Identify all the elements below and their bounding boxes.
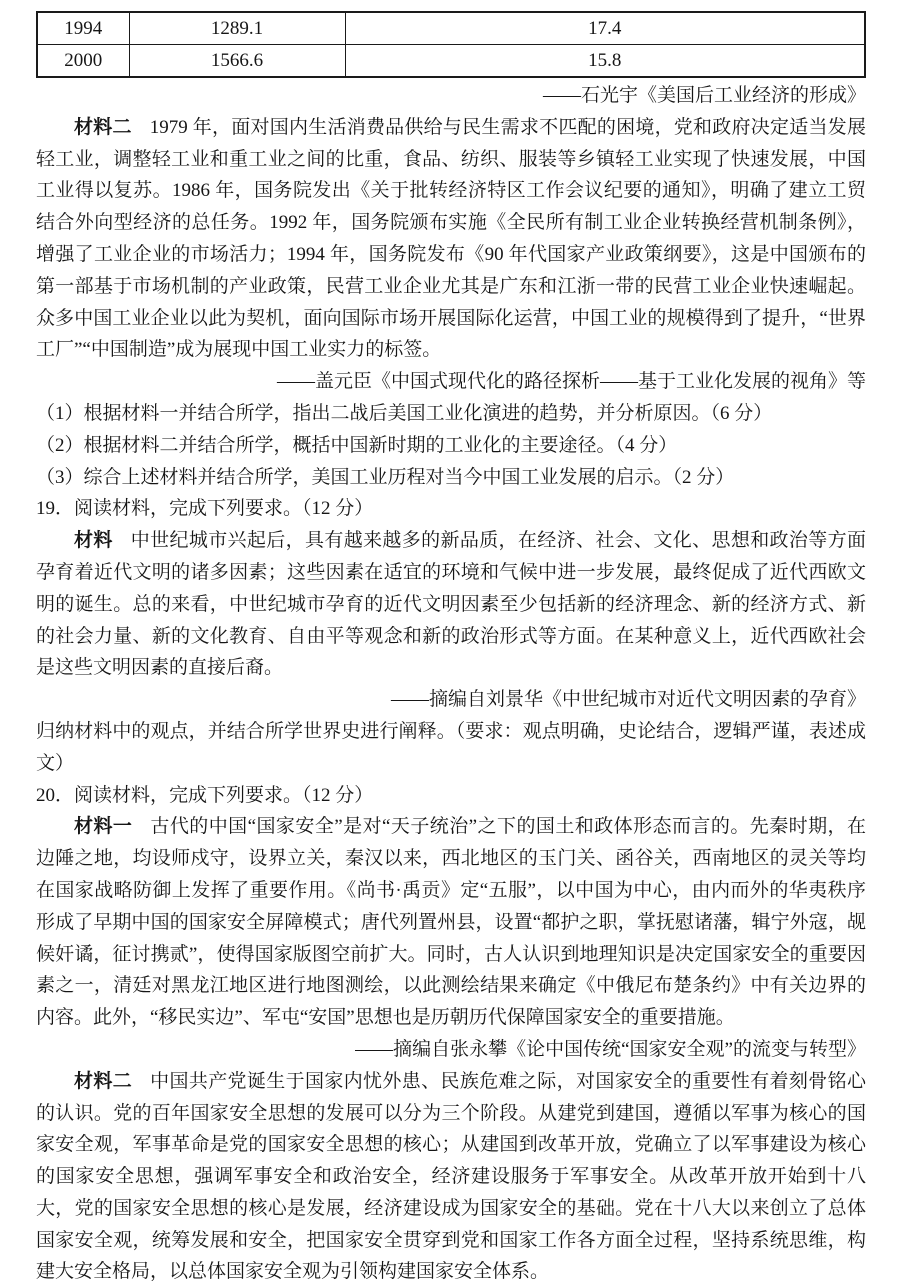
year-cell: 1994 bbox=[37, 12, 129, 45]
q18-subquestion-1: （1）根据材料一并结合所学，指出二战后美国工业化演进的趋势，并分析原因。（6 分… bbox=[36, 398, 866, 430]
question-20-header: 20．阅读材料，完成下列要求。（12 分） bbox=[36, 780, 866, 812]
q20-material2-paragraph: 材料二中国共产党诞生于国家内忧外患、民族危难之际，对国家安全的重要性有着刻骨铭心… bbox=[36, 1066, 866, 1281]
material-text: 古代的中国“国家安全”是对“天子统治”之下的国土和政体形态而言的。先秦时期，在边… bbox=[36, 816, 866, 1028]
q20-material1-source: ——摘编自张永攀《论中国传统“国家安全观”的流变与转型》 bbox=[36, 1034, 866, 1066]
percent-cell: 17.4 bbox=[345, 12, 865, 45]
q18-subquestion-3: （3）综合上述材料并结合所学，美国工业历程对当今中国工业发展的启示。（2 分） bbox=[36, 462, 866, 494]
table-row: 2000 1566.6 15.8 bbox=[37, 45, 865, 78]
material-label: 材料二 bbox=[74, 117, 132, 138]
material-text: 中世纪城市兴起后，具有越来越多的新品质，在经济、社会、文化、思想和政治等方面孕育… bbox=[36, 530, 866, 678]
q20-material1-paragraph: 材料一古代的中国“国家安全”是对“天子统治”之下的国土和政体形态而言的。先秦时期… bbox=[36, 811, 866, 1034]
q18-subquestion-2: （2）根据材料二并结合所学，概括中国新时期的工业化的主要途径。（4 分） bbox=[36, 430, 866, 462]
value-cell: 1289.1 bbox=[129, 12, 345, 45]
material-text: 中国共产党诞生于国家内忧外患、民族危难之际，对国家安全的重要性有着刻骨铭心的认识… bbox=[36, 1071, 866, 1281]
material-label: 材料一 bbox=[74, 816, 132, 837]
q19-material-paragraph: 材料中世纪城市兴起后，具有越来越多的新品质，在经济、社会、文化、思想和政治等方面… bbox=[36, 525, 866, 684]
q19-task-prompt: 归纳材料中的观点，并结合所学世界史进行阐释。（要求：观点明确，史论结合，逻辑严谨… bbox=[36, 716, 866, 780]
material-text: 1979 年，面对国内生活消费品供给与民生需求不匹配的困境，党和政府决定适当发展… bbox=[36, 117, 866, 361]
year-cell: 2000 bbox=[37, 45, 129, 78]
table-row: 1994 1289.1 17.4 bbox=[37, 12, 865, 45]
percent-cell: 15.8 bbox=[345, 45, 865, 78]
material-label: 材料二 bbox=[74, 1071, 132, 1092]
q18-material2-source: ——盖元臣《中国式现代化的路径探析——基于工业化发展的视角》等 bbox=[36, 366, 866, 398]
exam-document-page: 1994 1289.1 17.4 2000 1566.6 15.8 ——石光宇《… bbox=[0, 0, 900, 1281]
value-cell: 1566.6 bbox=[129, 45, 345, 78]
us-industry-statistics-table: 1994 1289.1 17.4 2000 1566.6 15.8 bbox=[36, 11, 866, 78]
q18-material2-paragraph: 材料二1979 年，面对国内生活消费品供给与民生需求不匹配的困境，党和政府决定适… bbox=[36, 112, 866, 366]
q18-material1-source: ——石光宇《美国后工业经济的形成》 bbox=[36, 80, 866, 112]
material-label: 材料 bbox=[74, 530, 113, 551]
question-19-header: 19．阅读材料，完成下列要求。（12 分） bbox=[36, 493, 866, 525]
q19-source: ——摘编自刘景华《中世纪城市对近代文明因素的孕育》 bbox=[36, 684, 866, 716]
